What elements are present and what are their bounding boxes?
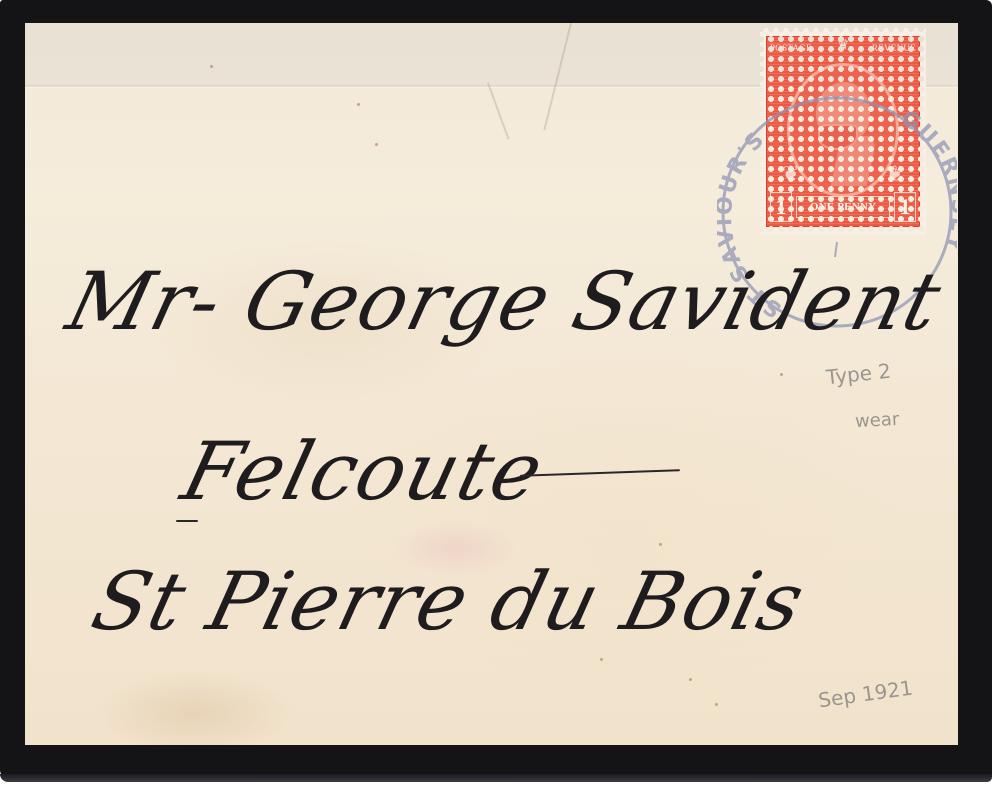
foxing-spot [357, 103, 360, 106]
foxing-spot [780, 373, 783, 376]
paper-crease [543, 23, 572, 130]
postage-stamp: POSTAGE REVENUE ♛ ❦ ❦ 1 ONE PENNY 1 [760, 28, 926, 235]
stamp-value-left: 1 [770, 192, 792, 222]
stamp-design: POSTAGE REVENUE ♛ ❦ ❦ 1 ONE PENNY 1 [766, 36, 920, 227]
pencil-note-wear: wear [854, 409, 899, 432]
address-underline-stroke [176, 520, 198, 522]
foxing-spot [600, 658, 603, 661]
address-house-name: Felcoute [173, 425, 552, 518]
foxing-spot [689, 678, 692, 681]
address-parish: St Pierre du Bois [83, 555, 813, 648]
laurel-icon: ❦ [773, 157, 809, 191]
foxing-spot [210, 65, 213, 68]
foxing-spot [375, 143, 378, 146]
laurel-icon: ❦ [877, 157, 913, 191]
stamp-footer: 1 ONE PENNY 1 [770, 192, 916, 222]
foxing-spot [715, 703, 718, 706]
address-recipient-name: Mr- George Savident [58, 255, 950, 348]
foxing-spot [659, 543, 662, 546]
stamp-revenue-label: REVENUE [872, 43, 916, 53]
stamp-denomination: ONE PENNY [796, 196, 890, 218]
stamp-postage-label: POSTAGE [770, 43, 812, 53]
paper-crease [487, 82, 509, 139]
stamp-value-right: 1 [894, 192, 916, 222]
crown-icon: ♛ [829, 37, 857, 55]
